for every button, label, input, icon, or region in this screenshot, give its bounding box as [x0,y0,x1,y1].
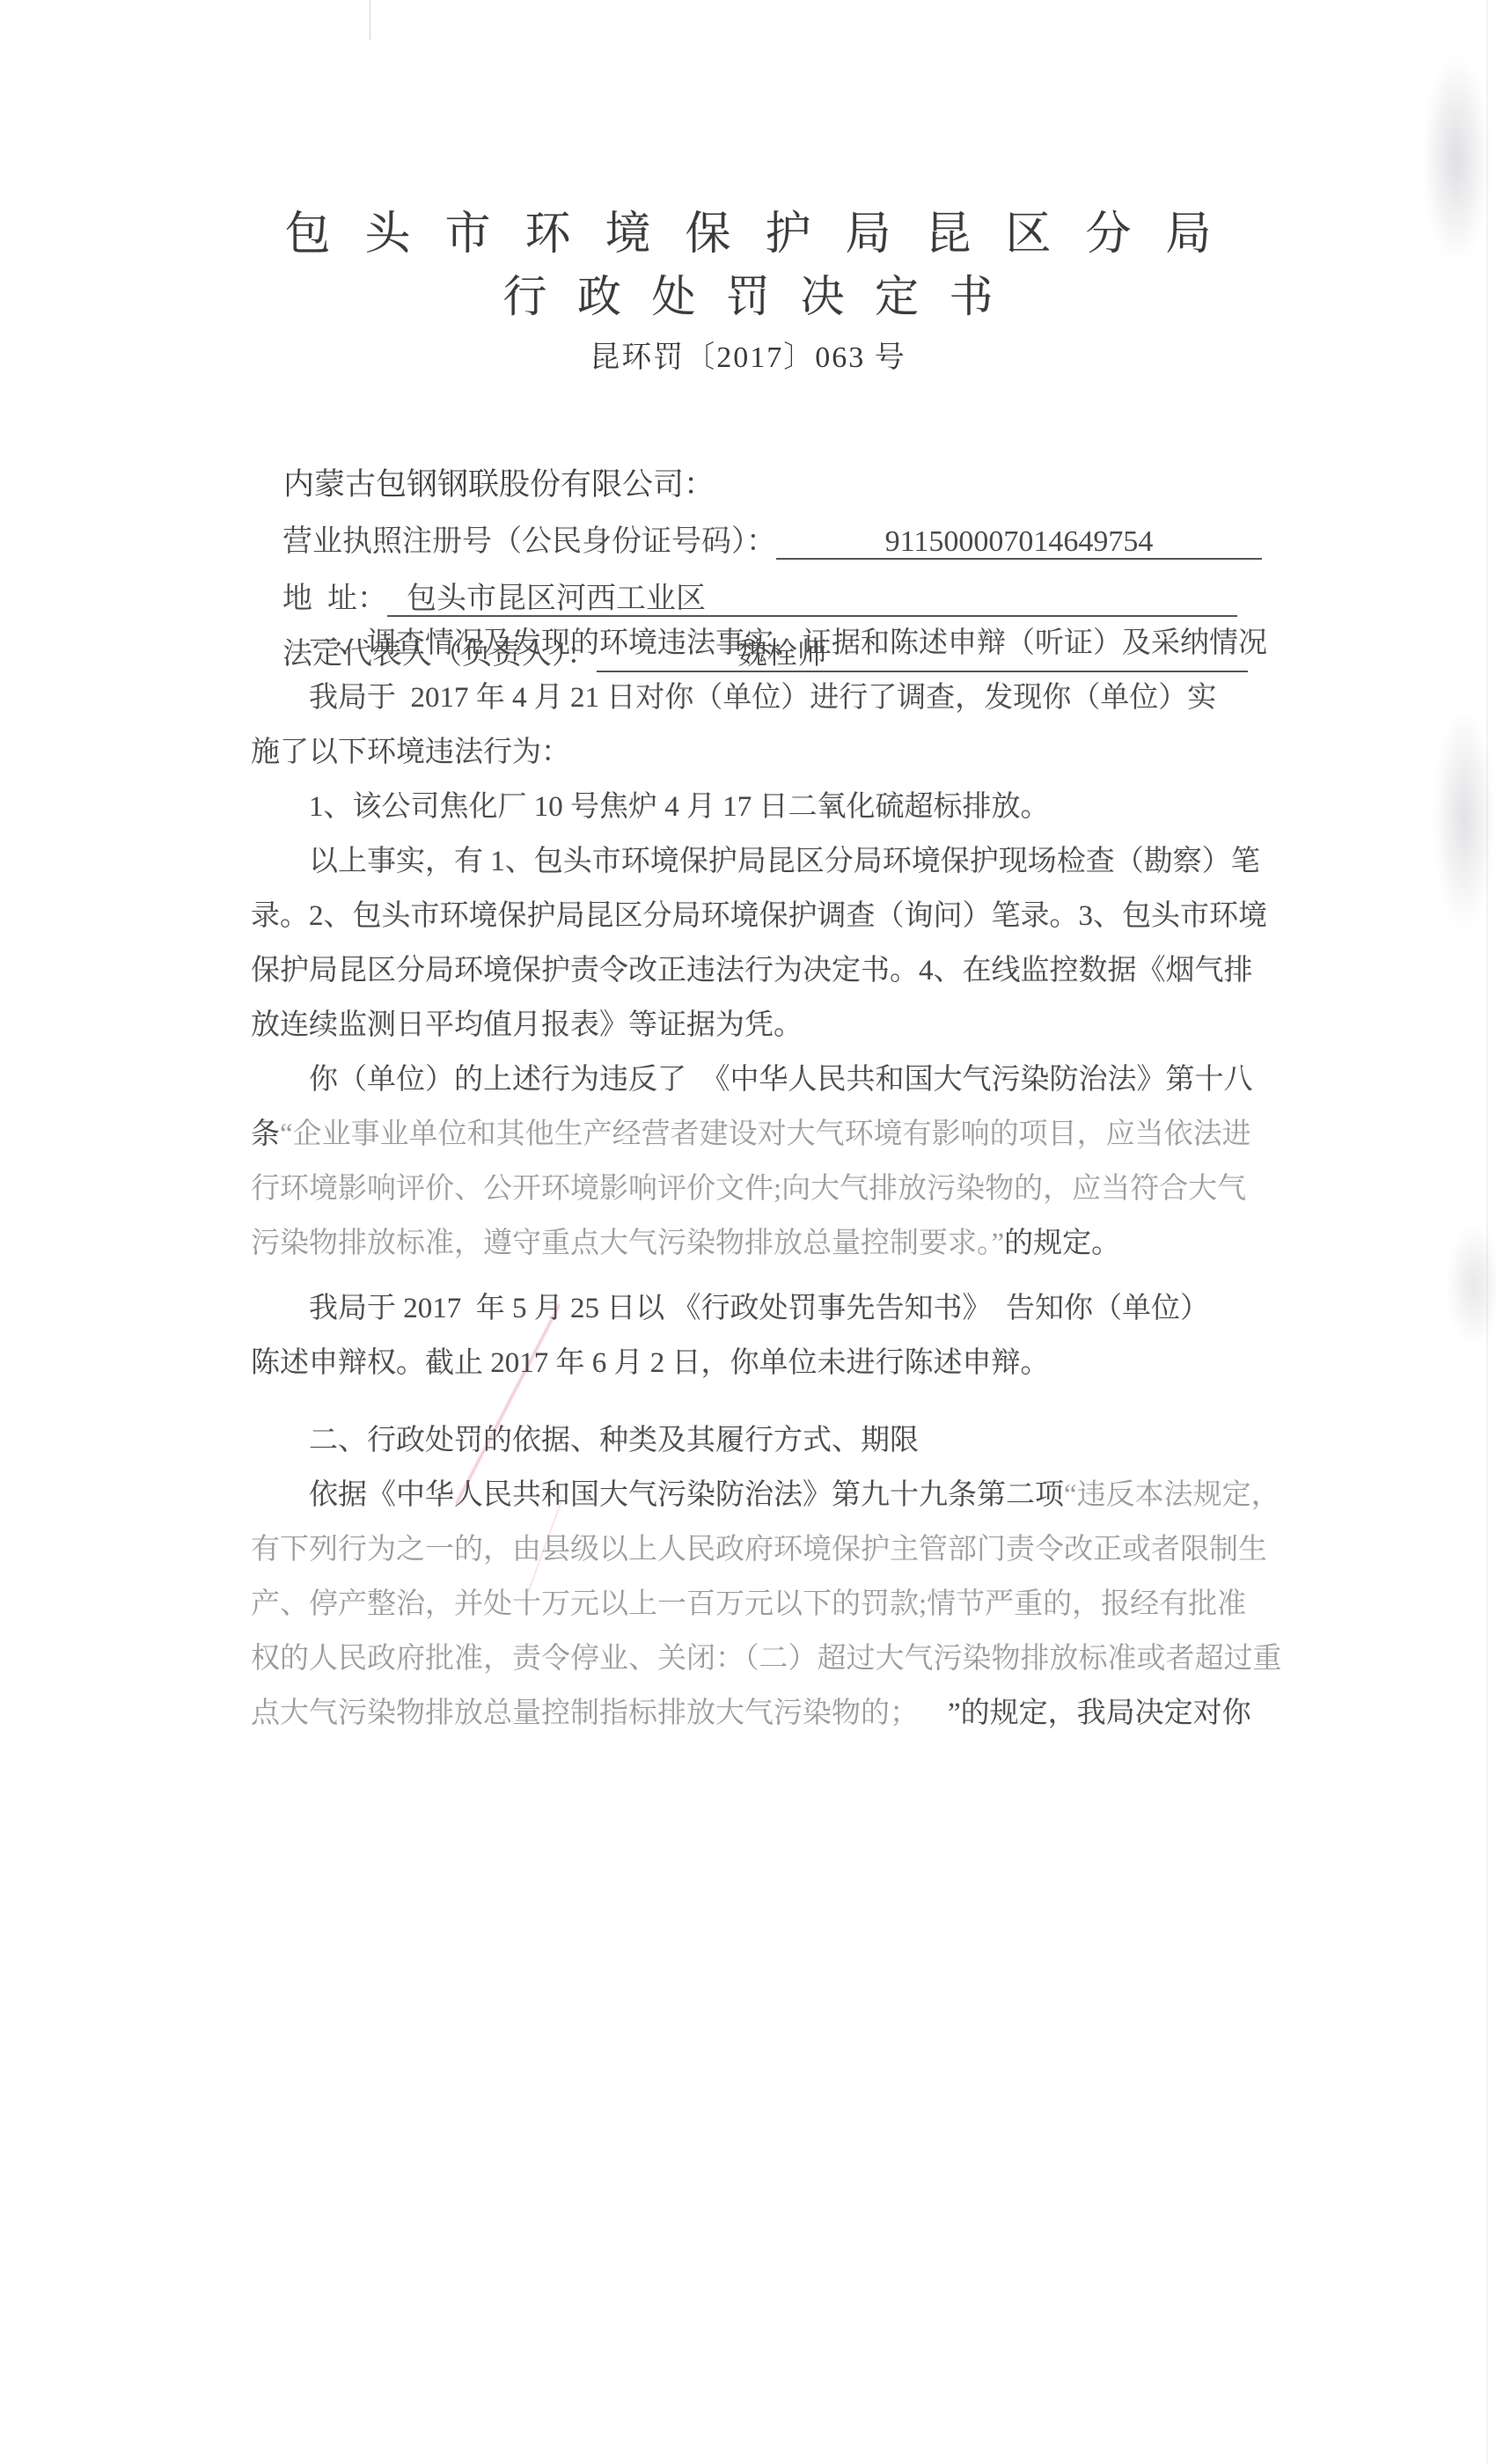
underlined-text: 5 [505,1293,534,1324]
document-number: 昆环罚〔2017〕063 号 [0,336,1496,380]
recipient-company-row: 内蒙古包钢钢联股份有限公司： [253,400,715,457]
text: 依据 [309,1479,367,1511]
underlined-text: 6 [585,1347,614,1379]
underlined-text: 4 [505,682,534,714]
body-line: 产、停产整治，并处十万元以上一百万元以下的罚款;情节严重的，报经有批准 [251,1577,1258,1632]
text: 月 [614,1347,643,1379]
body-line: 二、行政处罚的依据、种类及其履行方式、期限 [251,1413,1258,1468]
text: 施了以下环境违法行为： [251,737,570,768]
faded-text: “企业事业单位和其他生产经营者建设对大气环境有影响的项目，应当依法进 [280,1118,1251,1150]
underlined-text: 条 [251,1118,280,1150]
text: 我局于 [309,1293,396,1324]
text: 日， [672,1347,730,1379]
paragraph: 我局于 2017 年 4 月 21 日对你（单位）进行了调查，发现你（单位）实施… [251,671,1258,780]
body-line: 点大气污染物排放总量控制指标排放大气污染物的； ”的规定，我局决定对你 [251,1686,1258,1741]
faded-text: 有下列行为之一的，由县级以上人民政府环境保护主管部门责令改正或者限制生 [251,1534,1267,1566]
underlined-text: 你单位未进行陈述申辩。 [730,1347,1050,1379]
body-line: 行环境影响评价、公开环境影响评价文件;向大气排放污染物的，应当符合大气 [251,1162,1258,1216]
scanned-document-page: 包 头 市 环 境 保 护 局 昆 区 分 局 行 政 处 罚 决 定 书 昆环… [0,0,1496,2464]
body-line: 我局于 2017 年 5 月 25 日以 《行政处罚事先告知书》 告知你（单位） [251,1281,1258,1336]
text: 年 [476,1293,505,1324]
document-title-type: 行 政 处 罚 决 定 书 [0,268,1496,326]
body-line: 条“企业事业单位和其他生产经营者建设对大气环境有影响的项目，应当依法进 [251,1107,1258,1162]
underlined-text: 2017 [396,682,476,714]
text: 一、调查情况及发现的环境违法事实、证据和陈述申辩（听证）及采纳情况 [309,627,1267,659]
underlined-text: 2017 [396,1293,476,1324]
faded-text: 行环境影响评价、公开环境影响评价文件;向大气排放污染物的，应当符合大气 [251,1173,1246,1205]
underlined-text: 录。2、包头市环境保护局昆区分局环境保护调查（询问）笔录。3、包头市环境 [251,900,1267,932]
underlined-text: 《中华人民共和国大气污染防治法》第九十九条第二项 [367,1479,1064,1511]
text: 年 [476,682,505,714]
paragraph: 依据《中华人民共和国大气污染防治法》第九十九条第二项“违反本法规定，有下列行为之… [251,1468,1258,1741]
body-line: 有下列行为之一的，由县级以上人民政府环境保护主管部门责令改正或者限制生 [251,1522,1258,1577]
body-line: 陈述申辩权。截止 2017 年 6 月 2 日，你单位未进行陈述申辩。 [251,1336,1258,1390]
underlined-text: 《中华人民共和国大气污染防治法》第十八 [693,1064,1252,1096]
underlined-text: 保护局昆区分局环境保护责令改正违法行为决定书。4、在线监控数据《烟气排 [251,955,1253,986]
underlined-text: 2017 [490,1347,555,1379]
text: 二、行政处罚的依据、种类及其履行方式、期限 [309,1425,919,1456]
faded-text: 点大气污染物排放总量控制指标排放大气污染物的； [251,1698,919,1729]
underlined-text: 放连续监测日平均值月报表》等证据为凭。 [251,1009,803,1041]
paragraph: 1、该公司焦化厂 10 号焦炉 4 月 17 日二氧化硫超标排放。 [251,780,1258,834]
body-line: 以上事实，有 1、包头市环境保护局昆区分局环境保护现场检查（勘察）笔 [251,834,1258,889]
paragraph: 二、行政处罚的依据、种类及其履行方式、期限 [251,1413,1258,1468]
body-line: 一、调查情况及发现的环境违法事实、证据和陈述申辩（听证）及采纳情况 [251,616,1258,671]
body-line: 污染物排放标准，遵守重点大气污染物排放总量控制要求。”的规定。 [251,1216,1258,1271]
body-line: 权的人民政府批准，责令停业、关闭：（二）超过大气污染物排放标准或者超过重 [251,1632,1258,1686]
text: 日以 [606,1293,664,1324]
text: 的规定。 [1004,1228,1120,1259]
faded-text: 权的人民政府批准，责令停业、关闭：（二）超过大气污染物排放标准或者超过重 [251,1643,1282,1675]
paragraph: 以上事实，有 1、包头市环境保护局昆区分局环境保护现场检查（勘察）笔录。2、包头… [251,834,1258,1052]
faded-text: 产、停产整治，并处十万元以上一百万元以下的罚款;情节严重的，报经有批准 [251,1588,1246,1620]
body-line: 录。2、包头市环境保护局昆区分局环境保护调查（询问）笔录。3、包头市环境 [251,889,1258,943]
text: 以上事实，有 [309,846,490,877]
paragraph: 我局于 2017 年 5 月 25 日以 《行政处罚事先告知书》 告知你（单位）… [251,1281,1258,1390]
document-title-agency: 包 头 市 环 境 保 护 局 昆 区 分 局 [0,204,1496,266]
scan-hairline [370,0,370,40]
paragraph: 你（单位）的上述行为违反了 《中华人民共和国大气污染防治法》第十八条“企业事业单… [251,1052,1258,1271]
body-line: 依据《中华人民共和国大气污染防治法》第九十九条第二项“违反本法规定， [251,1468,1258,1522]
underlined-text: 1、包头市环境保护局昆区分局环境保护现场检查（勘察）笔 [490,846,1260,877]
text: 我局于 [309,682,396,714]
address-row: 地 址：包头市昆区河西工业区 [253,515,1237,571]
body-line: 保护局昆区分局环境保护责令改正违法行为决定书。4、在线监控数据《烟气排 [251,943,1258,998]
body-line: 放连续监测日平均值月报表》等证据为凭。 [251,998,1258,1052]
underlined-text: 1、该公司焦化厂 10 号焦炉 4 月 17 日二氧化硫超标排放。 [309,791,1050,823]
underlined-text: 《行政处罚事先告知书》 [664,1293,999,1324]
business-license-row: 营业执照注册号（公民身份证号码）：911500007014649754 [253,458,1262,514]
text: 日对你（单位）进行了调查，发现你（单位）实 [606,682,1216,714]
body-line: 我局于 2017 年 4 月 21 日对你（单位）进行了调查，发现你（单位）实 [251,671,1258,725]
underlined-text: 25 [563,1293,607,1324]
body-text: 一、调查情况及发现的环境违法事实、证据和陈述申辩（听证）及采纳情况我局于 201… [251,616,1258,1741]
faded-text: 污染物排放标准，遵守重点大气污染物排放总量控制要求。” [251,1228,1004,1259]
underlined-text [1050,791,1159,823]
text: 告知你（单位） [999,1293,1209,1324]
text: 月 [534,682,563,714]
faded-text: “违反本法规定， [1064,1479,1280,1511]
text: 月 [534,1293,563,1324]
underlined-text: 21 [563,682,607,714]
body-line: 施了以下环境违法行为： [251,725,1258,780]
scan-noise-mid-right [1420,660,1496,977]
text: ”的规定，我局决定对你 [919,1698,1251,1729]
body-line: 你（单位）的上述行为违反了 《中华人民共和国大气污染防治法》第十八 [251,1052,1258,1107]
paragraph: 一、调查情况及发现的环境违法事实、证据和陈述申辩（听证）及采纳情况 [251,616,1258,671]
body-line: 1、该公司焦化厂 10 号焦炉 4 月 17 日二氧化硫超标排放。 [251,780,1258,834]
text: 陈述申辩权。截止 [251,1347,490,1379]
underlined-text: 2 [643,1347,672,1379]
text: 你（单位）的上述行为违反了 [309,1064,693,1096]
text: 年 [556,1347,585,1379]
